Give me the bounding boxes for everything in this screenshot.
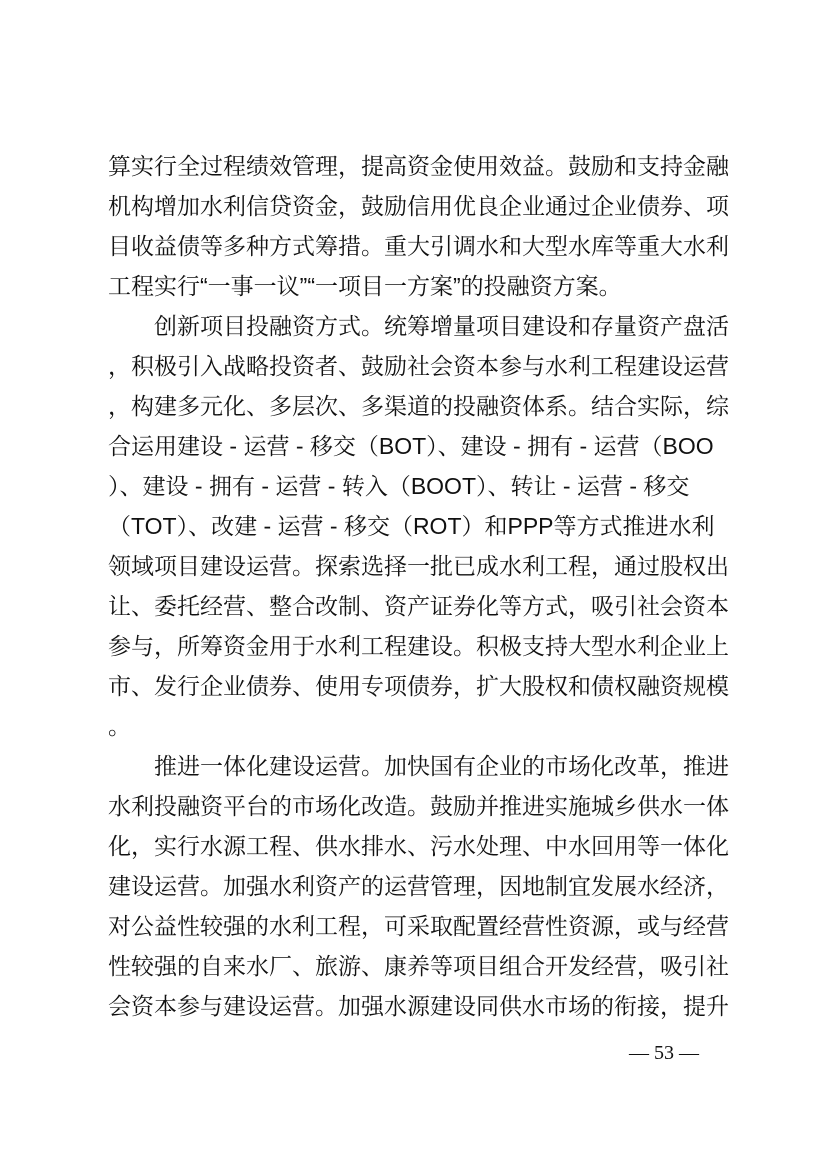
page-number: — 53 —: [629, 1040, 699, 1066]
text-line: 算实行全过程绩效管理，提高资金使用效益。鼓励和支持金融: [108, 146, 730, 186]
paragraph-first-line: 推进一体化建设运营。加快国有企业的市场化改革，推进: [108, 746, 730, 786]
text-line: 参与，所筹资金用于水利工程建设。积极支持大型水利企业上: [108, 626, 730, 666]
text-line: 市、发行企业债券、使用专项债券，扩大股权和债权融资规模: [108, 666, 730, 706]
text-line: 建设运营。加强水利资产的运营管理，因地制宜发展水经济，: [108, 866, 730, 906]
text-line: 目收益债等多种方式筹措。重大引调水和大型水库等重大水利: [108, 226, 730, 266]
text-line: 工程实行“一事一议”“一项目一方案”的投融资方案。: [108, 266, 730, 306]
text-line: 机构增加水利信贷资金，鼓励信用优良企业通过企业债券、项: [108, 186, 730, 226]
text-line: 。: [108, 706, 730, 746]
text-line: 让、委托经营、整合改制、资产证券化等方式，吸引社会资本: [108, 586, 730, 626]
text-line: 性较强的自来水厂、旅游、康养等项目组合开发经营，吸引社: [108, 946, 730, 986]
text-line: 会资本参与建设运营。加强水源建设同供水市场的衔接，提升: [108, 986, 730, 1026]
text-line: 水利投融资平台的市场化改造。鼓励并推进实施城乡供水一体: [108, 786, 730, 826]
document-page: 算实行全过程绩效管理，提高资金使用效益。鼓励和支持金融 机构增加水利信贷资金，鼓…: [0, 0, 827, 1169]
text-line: ）、建设 - 拥有 - 运营 - 转入（BOOT）、转让 - 运营 - 移交: [108, 466, 730, 506]
text-line: （TOT）、改建 - 运营 - 移交（ROT）和PPP等方式推进水利: [108, 506, 730, 546]
document-body: 算实行全过程绩效管理，提高资金使用效益。鼓励和支持金融 机构增加水利信贷资金，鼓…: [108, 146, 730, 1026]
paragraph-first-line: 创新项目投融资方式。统筹增量项目建设和存量资产盘活: [108, 306, 730, 346]
text-line: 对公益性较强的水利工程，可采取配置经营性资源，或与经营: [108, 906, 730, 946]
text-line: ，构建多元化、多层次、多渠道的投融资体系。结合实际，综: [108, 386, 730, 426]
text-line: 合运用建设 - 运营 - 移交（BOT）、建设 - 拥有 - 运营（BOO: [108, 426, 730, 466]
text-line: ，积极引入战略投资者、鼓励社会资本参与水利工程建设运营: [108, 346, 730, 386]
text-line: 化，实行水源工程、供水排水、污水处理、中水回用等一体化: [108, 826, 730, 866]
text-line: 领域项目建设运营。探索选择一批已成水利工程，通过股权出: [108, 546, 730, 586]
